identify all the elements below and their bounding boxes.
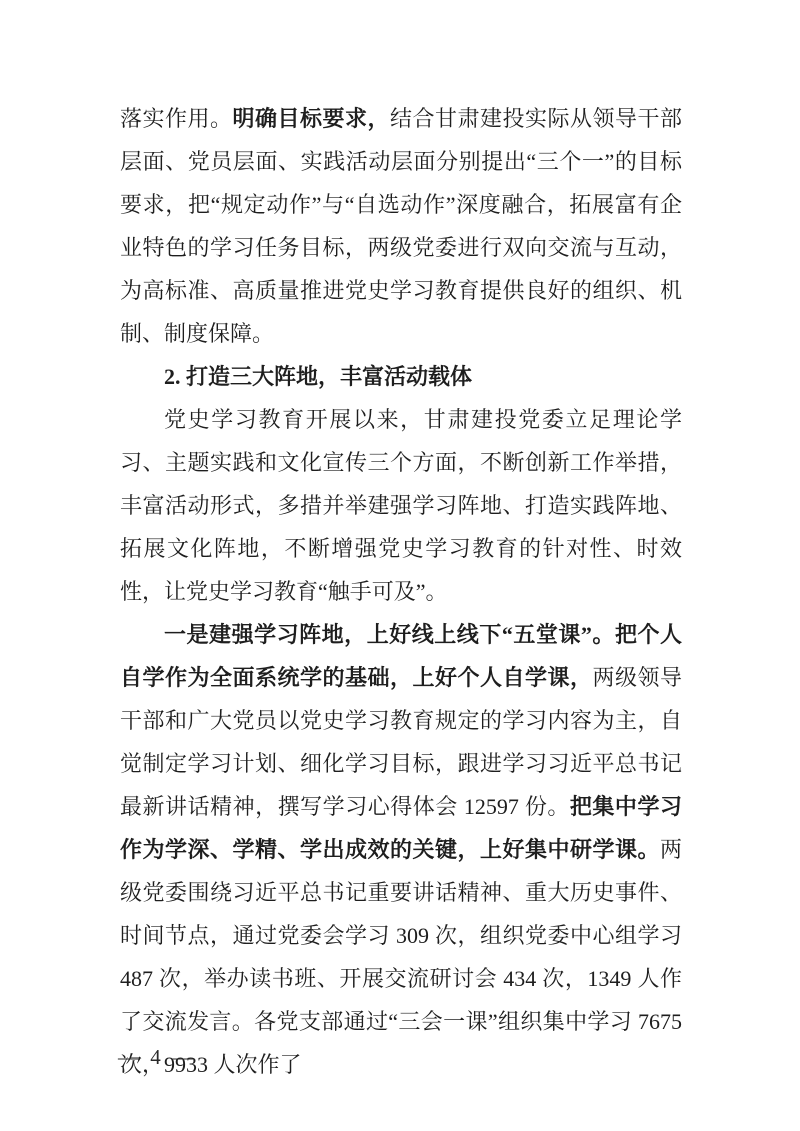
document-body: 落实作用。明确目标要求，结合甘肃建投实际从领导干部层面、党员层面、实践活动层面分… <box>120 97 682 1086</box>
text-run: 党史学习教育开展以来，甘肃建投党委立足理论学习、主题实践和文化宣传三个方面，不断… <box>120 407 682 604</box>
text-run: 结合甘肃建投实际从领导干部层面、党员层面、实践活动层面分别提出“三个一”的目标要… <box>120 106 682 346</box>
document-page: 落实作用。明确目标要求，结合甘肃建投实际从领导干部层面、党员层面、实践活动层面分… <box>0 0 800 1131</box>
text-run: 两级党委围绕习近平总书记重要讲话精神、重大历史事件、时间节点，通过党委会学习 3… <box>120 837 682 1077</box>
text-run: 落实作用。 <box>120 106 233 131</box>
paragraph-detail: 一是建强学习阵地，上好线上线下“五堂课”。把个人自学作为全面系统学的基础，上好个… <box>120 613 682 1086</box>
text-run: 明确目标要求， <box>233 106 391 131</box>
text-run: 2. 打造三大阵地，丰富活动载体 <box>164 364 472 389</box>
paragraph-continued: 落实作用。明确目标要求，结合甘肃建投实际从领导干部层面、党员层面、实践活动层面分… <box>120 97 682 355</box>
paragraph-overview: 党史学习教育开展以来，甘肃建投党委立足理论学习、主题实践和文化宣传三个方面，不断… <box>120 398 682 613</box>
page-number: — 4 — <box>118 1042 196 1072</box>
section-heading: 2. 打造三大阵地，丰富活动载体 <box>120 355 682 398</box>
